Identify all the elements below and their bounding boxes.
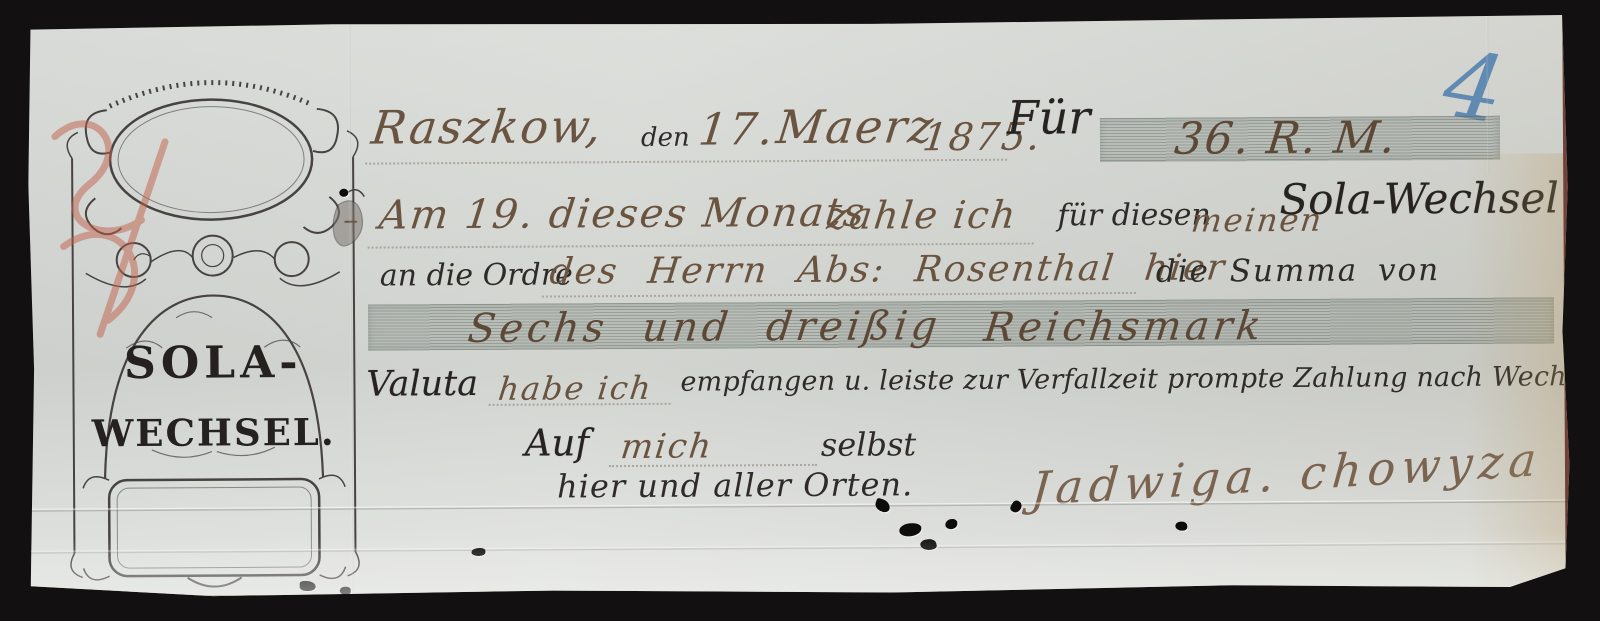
paper-hole: [1175, 522, 1187, 531]
day-written: 17.: [696, 104, 778, 156]
red-edge-hint: [28, 593, 646, 601]
red-binding-edge: [1562, 13, 1572, 591]
paper-hole: [300, 581, 316, 591]
place-written: Raszkow,: [369, 99, 606, 154]
auf-label: Auf: [525, 421, 590, 464]
scan-background: SOLA- WECHSEL. 4 Raszkow, den 17. Maerz …: [0, 0, 1600, 621]
payment-places-label: hier und aller Orten.: [557, 465, 913, 505]
wechsel-document-sheet: SOLA- WECHSEL. 4 Raszkow, den 17. Maerz …: [24, 13, 1572, 600]
drawer-signature: Jadwiga. chowyza: [1029, 432, 1544, 516]
paper-hole: [919, 538, 937, 552]
bottom-cartouche: [109, 479, 320, 576]
mich-written: mich: [619, 427, 716, 468]
amount-figures-written: 36. R. M.: [1172, 112, 1400, 164]
ornamental-vignette: SOLA- WECHSEL.: [54, 47, 372, 597]
vignette-title-sola: SOLA-: [124, 337, 303, 389]
currency-words-written: Reichsmark: [981, 303, 1267, 351]
valuta-label: Valuta: [366, 364, 478, 405]
an-die-ordre-label: an die Ordre: [380, 257, 573, 293]
habe-ich-written: habe ich: [496, 369, 654, 408]
paper-hole: [899, 523, 921, 536]
payment-clause-label: empfangen u. leiste zur Verfallzeit prom…: [680, 361, 1600, 398]
selbst-label: selbst: [821, 425, 917, 464]
top-cartouche: [110, 99, 313, 220]
paper-hole: [340, 587, 351, 595]
rule-line-date: [365, 159, 1007, 165]
rule-line-payee: [542, 292, 1136, 298]
rule-line-term: [368, 243, 1034, 249]
month-written: Maerz: [774, 99, 938, 154]
amount-words-written: Sechs und dreißig: [465, 303, 943, 352]
vignette-title-wechsel: WECHSEL.: [91, 410, 336, 455]
zahle-ich-written: zahle ich: [825, 193, 1020, 238]
vignette-engraving: SOLA- WECHSEL.: [54, 47, 372, 597]
den-label: den: [641, 123, 690, 153]
paper-hole: [1009, 499, 1024, 514]
payee-written: des Herrn Abs: Rosenthal hier: [547, 247, 1228, 292]
paper-hole: [471, 548, 485, 556]
due-date-written: Am 19. dieses Monats: [377, 190, 869, 239]
die-summa-von-label: die Summa von: [1156, 252, 1441, 290]
beaded-arc-ornament: [110, 82, 313, 106]
paper-hole: [945, 519, 957, 529]
fuer-label: Für: [1007, 90, 1091, 145]
bottom-flourish: [188, 577, 242, 586]
sola-wechsel-label: Sola-Wechsel: [1279, 173, 1559, 224]
fuer-diesen-label: für diesen: [1057, 197, 1211, 233]
paper-hole: [339, 189, 348, 197]
